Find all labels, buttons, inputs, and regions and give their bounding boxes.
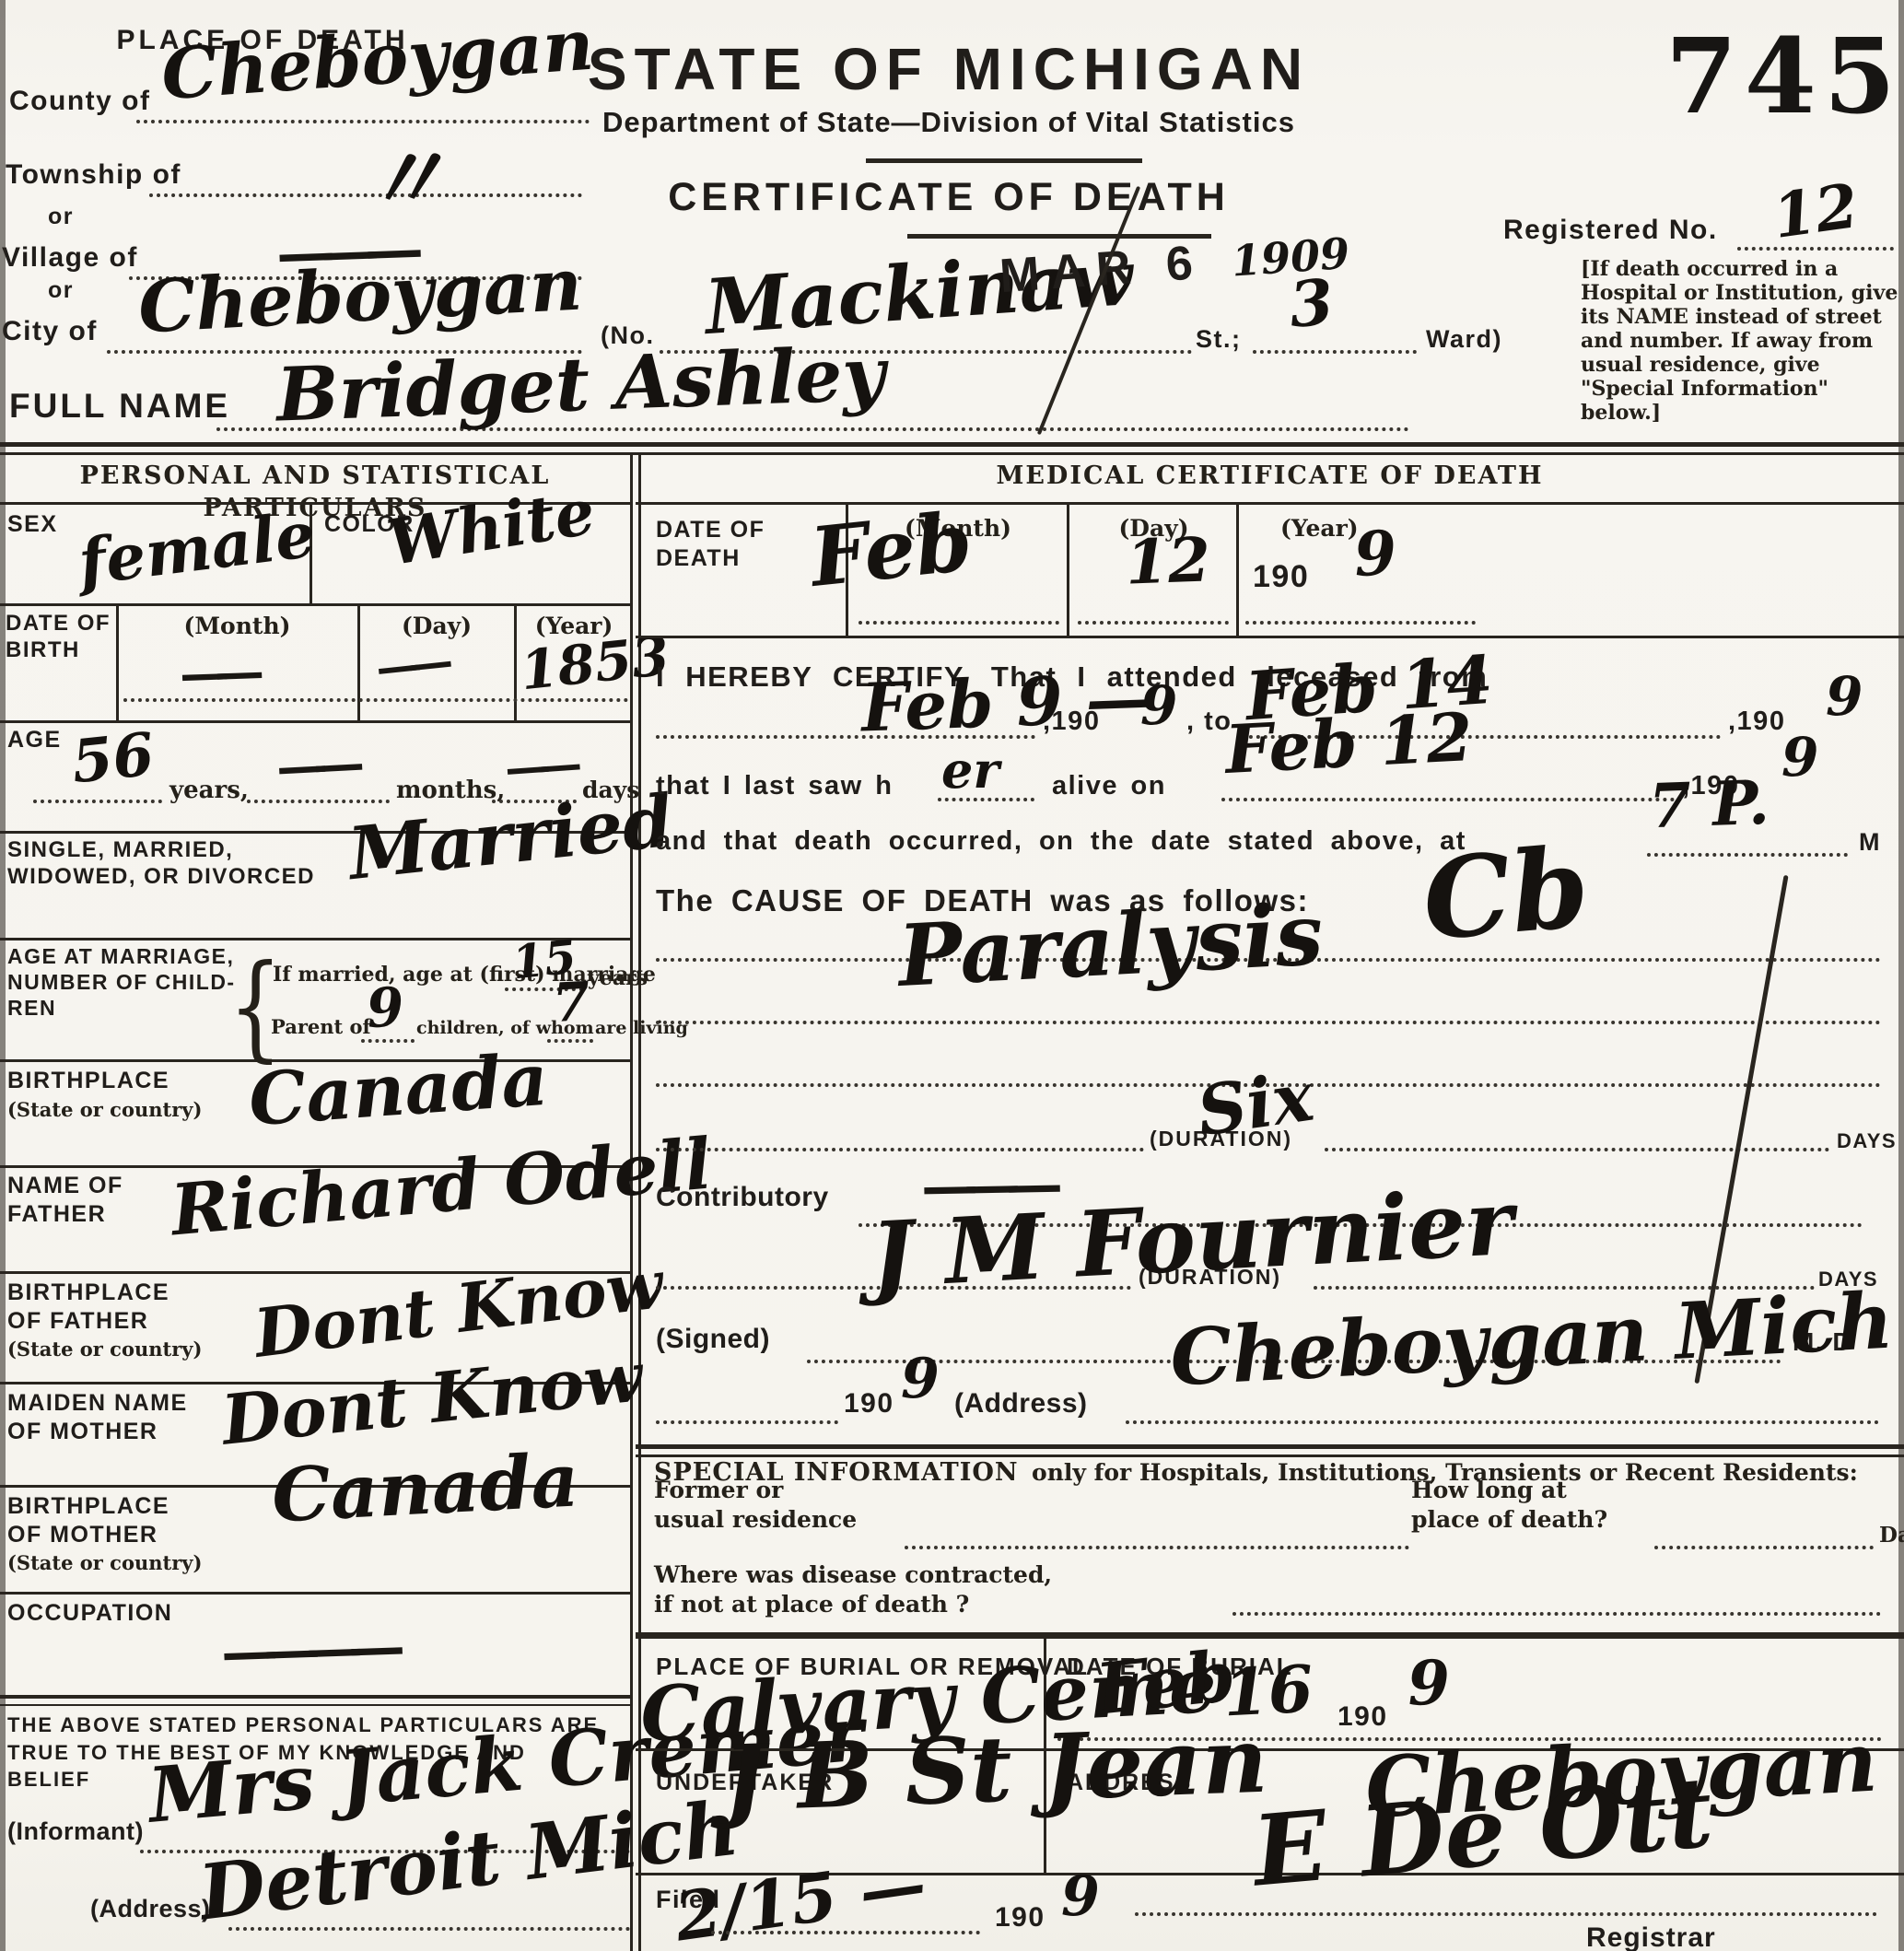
certificate-number: 745: [1665, 17, 1903, 137]
undertaker-value: J B St Jean: [721, 1708, 1269, 1833]
or-label-2: or: [48, 276, 74, 305]
death-year-printed: 190: [1253, 558, 1309, 596]
dod-cell-divider: [1236, 505, 1239, 636]
age-days-value: ——: [503, 737, 569, 796]
village-label: Village of: [2, 241, 138, 275]
department-line: Department of State—Division of Vital St…: [516, 105, 1382, 140]
from-year-value: 9: [1140, 674, 1177, 737]
birthplace-sub-label: (State or country): [7, 1098, 202, 1123]
how-long-label: How long at place of death?: [1411, 1476, 1607, 1535]
death-certificate-page: PLACE OF DEATH County of Cheboygan Towns…: [0, 0, 1904, 1951]
children-total-blank: [361, 1039, 415, 1043]
filed-year-value: 9: [1061, 1864, 1100, 1929]
mother-birthplace-value: Canada: [270, 1436, 581, 1538]
children-pre-label: Parent of: [271, 1015, 371, 1040]
signed-address-value: Cheboygan Mich: [1168, 1275, 1896, 1404]
or-label-1: or: [48, 203, 74, 231]
former-residence-label: Former or usual residence: [654, 1476, 857, 1535]
hospital-note: [If death occurred in a Hospital or Inst…: [1581, 258, 1901, 426]
mother-maiden-label: MAIDEN NAME OF MOTHER: [7, 1389, 188, 1445]
ward-label: Ward): [1426, 324, 1502, 355]
dob-label: DATE OF BIRTH: [6, 610, 111, 664]
registered-no-label: Registered No.: [1503, 214, 1718, 248]
special-section-double-rule: [636, 1444, 1904, 1457]
dob-month-label: (Month): [120, 612, 355, 641]
scan-edge-left: [0, 0, 6, 1951]
signed-year-value: 9: [901, 1347, 940, 1411]
father-birthplace-label: BIRTHPLACE OF FATHER: [7, 1279, 169, 1335]
signed-address-blank: [1126, 1420, 1879, 1424]
city-label: City of: [2, 315, 98, 349]
dod-row-rule: [636, 636, 1904, 638]
last-saw-date-value: Feb 12: [1223, 697, 1475, 789]
attended-from-value: Feb 9 —: [860, 659, 1153, 747]
age-months-value: ——: [275, 733, 351, 798]
signed-label: (Signed): [656, 1323, 770, 1357]
dob-cell-divider: [357, 603, 360, 720]
filed-year-printed: 190: [995, 1901, 1045, 1935]
sex-label: SEX: [7, 510, 58, 539]
registered-no-blank: [1737, 247, 1894, 251]
cause-blank-line: [656, 1021, 1881, 1024]
death-year-value: 9: [1352, 517, 1398, 590]
date-of-death-label: DATE OF DEATH: [656, 516, 765, 572]
registrar-signature-value: E De Ott: [1249, 1754, 1717, 1908]
occupation-value-dash: ————: [220, 1613, 391, 1686]
disease-contracted-label: Where was disease contracted, if not at …: [654, 1560, 1052, 1619]
mother-birthplace-sub-label: (State or country): [7, 1551, 202, 1576]
city-value: Cheboygan: [136, 242, 584, 349]
filed-blank: [711, 1931, 980, 1934]
dod-year-blank: [1245, 621, 1476, 625]
age-blank: [247, 800, 390, 803]
birthplace-label: BIRTHPLACE: [7, 1067, 169, 1095]
row-rule: [0, 720, 630, 723]
dod-month-blank: [859, 621, 1059, 625]
cause-flourish: Cb: [1418, 822, 1594, 965]
contributory-label: Contributory: [656, 1181, 829, 1215]
ward-blank-line: [1253, 350, 1417, 354]
birthplace-value: Canada: [246, 1038, 551, 1142]
occurred-time-blank: [1647, 853, 1848, 857]
meridian-label: M: [1859, 827, 1881, 858]
children-living-blank: [547, 1039, 593, 1043]
last-saw-year-value: 9: [1781, 726, 1818, 789]
marriage-age-post-label: years: [588, 965, 648, 991]
township-label: Township of: [6, 158, 181, 193]
duration-blank: [1325, 1148, 1829, 1151]
occurred-line-label: and that death occurred, on the date sta…: [656, 825, 1466, 858]
row-rule: [0, 1592, 630, 1595]
attended-from-blank: [656, 735, 1035, 739]
full-name-label: FULL NAME: [9, 385, 230, 426]
age-blank: [33, 800, 162, 803]
age-years-word: years,: [169, 776, 249, 806]
informant-address-label: (Address): [90, 1894, 211, 1924]
stamp-year: 1909: [1230, 228, 1350, 286]
informant-label: (Informant): [7, 1817, 144, 1847]
duration-blank: [656, 1148, 1144, 1151]
registrar-blank: [1135, 1912, 1877, 1916]
registrar-label: Registrar: [1586, 1922, 1716, 1951]
signed-date-blank: [656, 1420, 838, 1424]
duration-days-label: DAYS: [1837, 1129, 1897, 1154]
state-title: STATE OF MICHIGAN: [553, 33, 1345, 105]
full-name-value: Bridget Ashley: [275, 330, 887, 438]
burial-year-value: 9: [1407, 1646, 1452, 1720]
stamp-date: MAR 6: [998, 236, 1205, 303]
county-label: County of: [9, 85, 150, 119]
how-long-blank: [1654, 1546, 1874, 1549]
father-name-label: NAME OF FATHER: [7, 1172, 123, 1228]
certificate-title: CERTIFICATE OF DEATH: [608, 173, 1290, 221]
occupation-label: OCCUPATION: [7, 1599, 172, 1628]
row-rule: [0, 1695, 630, 1699]
dob-month-value: ——: [179, 642, 251, 704]
dod-day-blank: [1078, 621, 1229, 625]
to-year-printed: ,190: [1728, 706, 1785, 738]
signed-address-label: (Address): [954, 1387, 1088, 1421]
children-total-value: 9: [365, 975, 406, 1041]
death-day-value: 12: [1125, 523, 1212, 598]
dod-cell-divider: [1067, 505, 1069, 636]
dod-year-label: (Year): [1280, 514, 1359, 543]
burial-section-thick-rule: [636, 1632, 1904, 1639]
medical-section-rule: [636, 502, 1904, 505]
row-rule: [0, 1704, 630, 1706]
death-month-value: Feb: [806, 493, 976, 605]
top-double-rule: [0, 442, 1904, 455]
last-saw-mid-label: alive on: [1052, 770, 1166, 802]
occurred-time-value: 7 P.: [1648, 766, 1770, 843]
county-value: Cheboygan: [158, 4, 596, 116]
last-saw-her-value: er: [941, 741, 999, 800]
medical-section-title: MEDICAL CERTIFICATE OF DEATH: [636, 461, 1904, 493]
cause-value: Paralysis: [895, 884, 1325, 1006]
scan-edge-right: [1898, 0, 1904, 1951]
dob-cell-divider: [116, 603, 119, 720]
informant-address-blank: [228, 1927, 630, 1931]
to-year-value: 9: [1826, 665, 1863, 728]
marriage-children-label: AGE AT MARRIAGE, NUMBER OF CHILD- REN: [7, 943, 236, 1021]
duration-value: Six: [1193, 1057, 1318, 1152]
last-saw-pre-label: that I last saw h: [656, 770, 893, 802]
from-year-printed: ,190: [1043, 706, 1100, 738]
dob-cell-divider: [514, 603, 517, 720]
mother-birthplace-label: BIRTHPLACE OF MOTHER: [7, 1492, 169, 1548]
father-birthplace-sub-label: (State or country): [7, 1338, 202, 1362]
last-saw-blank: [1221, 798, 1675, 801]
registered-no-value: 12: [1769, 169, 1863, 252]
burial-year-printed: 190: [1337, 1700, 1388, 1735]
signed-year-printed: 190: [844, 1387, 894, 1421]
header-rule-1: [866, 158, 1142, 163]
age-years-value: 56: [68, 720, 157, 798]
last-saw-her-blank: [938, 798, 1034, 801]
marital-status-label: SINGLE, MARRIED, WIDOWED, OR DIVORCED: [7, 836, 315, 891]
former-residence-blank: [905, 1546, 1409, 1549]
children-living-value: 7: [551, 970, 591, 1034]
marital-status-value: Married: [345, 779, 676, 896]
age-label: AGE: [7, 726, 62, 754]
dob-day-value: ——: [373, 635, 441, 695]
dob-day-label: (Day): [361, 612, 512, 641]
disease-contracted-blank: [1232, 1612, 1881, 1616]
row-rule: [0, 603, 630, 606]
street-suffix-label: St.;: [1196, 324, 1242, 355]
